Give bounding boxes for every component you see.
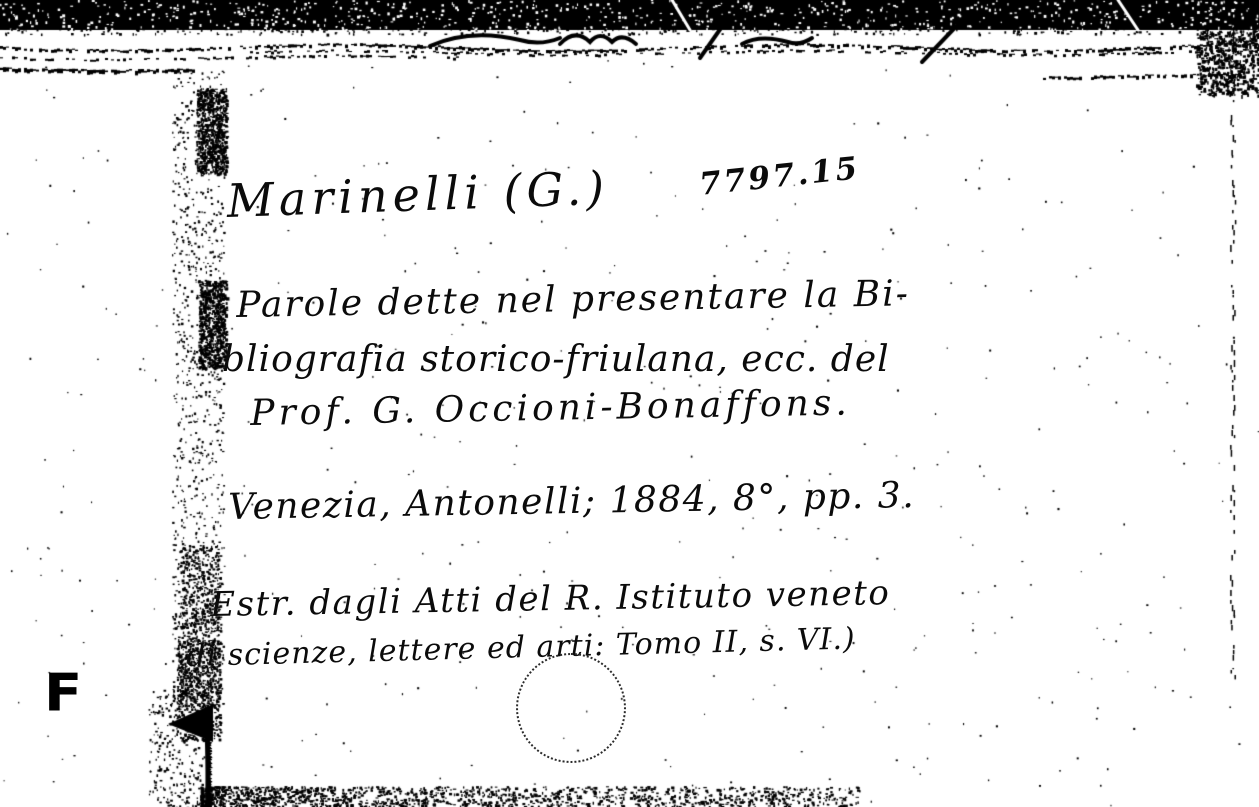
card-heading: Marinelli (G.) — [226, 165, 610, 224]
body-line: bliografia storico-friulana, ecc. del — [222, 342, 890, 378]
body-line: Prof. G. Occioni-Bonaffons. — [250, 386, 851, 432]
shelf-letter: F — [44, 668, 82, 720]
catalog-card-scan: Marinelli (G.) 7797.15 Parole dette nel … — [0, 0, 1259, 807]
stamp-circle-icon — [516, 653, 626, 763]
